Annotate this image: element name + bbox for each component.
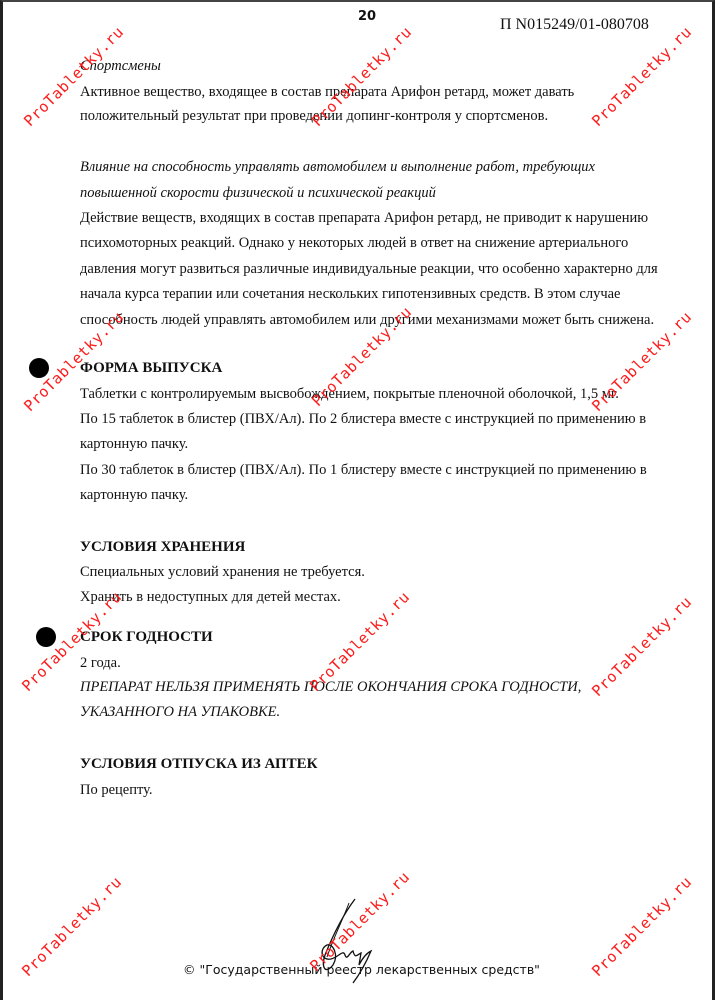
paragraph-line: Таблетки с контролируемым высвобождением… (80, 386, 619, 403)
watermark: ProTabletky.ru (588, 23, 695, 130)
watermark: ProTabletky.ru (588, 873, 695, 980)
paragraph-line: По 30 таблеток в блистер (ПВХ/Ал). По 1 … (80, 462, 647, 479)
document-page: 20 П N015249/01-080708 Спортсмены Активн… (0, 0, 715, 1000)
registration-number: П N015249/01-080708 (500, 16, 649, 34)
section-heading-shelf-life: СРОК ГОДНОСТИ (80, 629, 213, 646)
paragraph-line: давления могут развиться различные индив… (80, 261, 658, 278)
section-title-driving: Влияние на способность управлять автомоб… (80, 159, 595, 176)
paragraph-line: картонную пачку. (80, 487, 188, 504)
paragraph-line: способность людей управлять автомобилем … (80, 312, 654, 329)
paragraph-line: начала курса терапии или сочетания неско… (80, 286, 621, 303)
bullet-marker (36, 627, 56, 647)
section-heading-dispensing: УСЛОВИЯ ОТПУСКА ИЗ АПТЕК (80, 756, 318, 773)
watermark: ProTabletky.ru (18, 873, 125, 980)
page-number: 20 (358, 9, 376, 24)
section-heading-release-form: ФОРМА ВЫПУСКА (80, 360, 222, 377)
shelf-life-warning-cont: УКАЗАННОГО НА УПАКОВКЕ. (80, 704, 280, 721)
paragraph-line: Действие веществ, входящих в состав преп… (80, 210, 648, 227)
shelf-life-value: 2 года. (80, 655, 121, 672)
section-title-driving-cont: повышенной скорости физической и психиче… (80, 185, 436, 202)
section-heading-storage: УСЛОВИЯ ХРАНЕНИЯ (80, 539, 245, 556)
paragraph-line: По 15 таблеток в блистер (ПВХ/Ал). По 2 … (80, 411, 646, 428)
paragraph-line: Специальных условий хранения не требуетс… (80, 564, 365, 581)
paragraph-line: психомоторных реакций. Однако у некоторы… (80, 235, 628, 252)
watermark: ProTabletky.ru (588, 593, 695, 700)
copyright-footer: © "Государственный реестр лекарственных … (183, 962, 540, 977)
dispensing-value: По рецепту. (80, 782, 153, 799)
paragraph-line: картонную пачку. (80, 436, 188, 453)
